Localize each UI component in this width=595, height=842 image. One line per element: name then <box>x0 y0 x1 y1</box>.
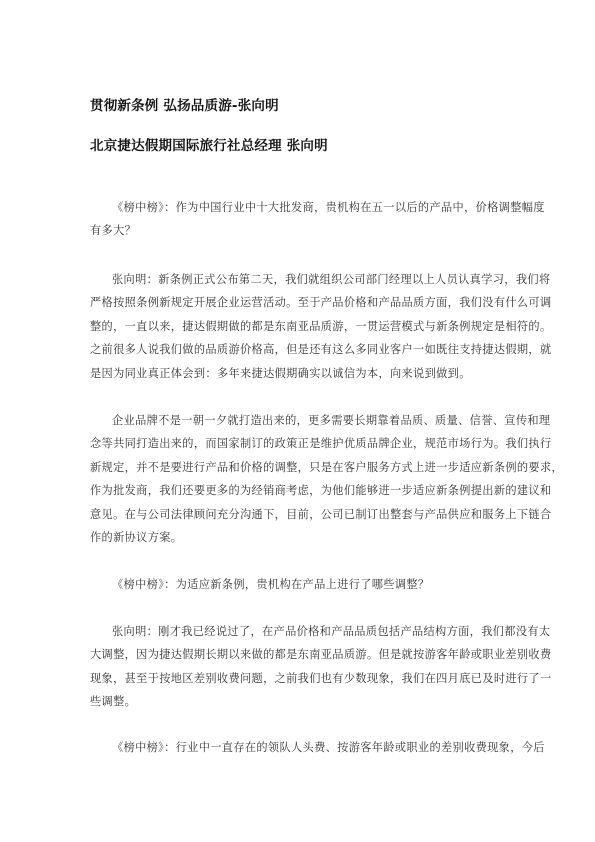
answer-2-line-5: 意见。在与公司法律顾问充分沟通下，目前，公司已制订出整套与产品供应和服务上下链合 <box>90 508 506 522</box>
answer-3-line-4: 些调整。 <box>90 695 506 709</box>
document-page: 贯彻新条例 弘扬品质游-张向明 北京捷达假期国际旅行社总经理 张向明 《榜中榜》… <box>0 0 595 842</box>
answer-2-line-4: 作为批发商，我们还要更多的为经销商考虑，为他们能够进一步适应新条例提出新的建议和 <box>90 484 506 498</box>
answer-3-line-3: 现象，甚至于按地区差别收费问题，之前我们也有少数现象，我们在四月底已及时进行了一 <box>90 672 506 686</box>
document-title: 贯彻新条例 弘扬品质游-张向明 <box>90 94 279 114</box>
answer-2-line-3: 新规定，并不是要进行产品和价格的调整，只是在客户服务方式上进一步适应新条例的要求… <box>90 461 506 475</box>
answer-3-line-2: 大调整，因为捷达假期长期以来做的都是东南亚品质游。但是就按游客年龄或职业差别收费 <box>90 648 506 662</box>
question-2-line-1: 《榜中榜》：为适应新条例，贵机构在产品上进行了哪些调整？ <box>112 578 506 592</box>
answer-1-line-5: 是因为同业真正体会到：多年来捷达假期确实以诚信为本，向来说到做到。 <box>90 367 506 381</box>
answer-1-line-2: 严格按照条例新规定开展企业运营活动。至于产品价格和产品品质方面，我们没有什么可调 <box>90 296 506 310</box>
document-subtitle: 北京捷达假期国际旅行社总经理 张向明 <box>90 134 328 154</box>
answer-2-line-6: 作的新协议方案。 <box>90 531 506 545</box>
answer-1-line-1: 张向明：新条例正式公布第二天，我们就组织公司部门经理以上人员认真学习，我们将 <box>112 273 506 287</box>
answer-3-line-1: 张向明：刚才我已经说过了，在产品价格和产品品质包括产品结构方面，我们都没有太 <box>112 625 506 639</box>
question-3-line-1: 《榜中榜》：行业中一直存在的领队人头费、按游客年龄或职业的差别收费现象，今后 <box>112 741 506 755</box>
answer-1-line-4: 之前很多人说我们做的品质游价格高，但是还有这么多同业客户一如既往支持捷达假期，就 <box>90 343 506 357</box>
answer-1-line-3: 整的，一直以来，捷达假期做的都是东南亚品质游，一贯运营模式与新条例规定是相符的。 <box>90 320 506 334</box>
question-1-line-2: 有多大？ <box>90 224 506 238</box>
question-1-line-1: 《榜中榜》：作为中国行业中十大批发商，贵机构在五一以后的产品中，价格调整幅度 <box>112 201 506 215</box>
answer-2-line-1: 企业品牌不是一朝一夕就打造出来的，更多需要长期靠着品质、质量、信誉、宣传和理 <box>112 414 506 428</box>
answer-2-line-2: 念等共同打造出来的，而国家制订的政策正是维护优质品牌企业，规范市场行为。我们执行 <box>90 437 506 451</box>
